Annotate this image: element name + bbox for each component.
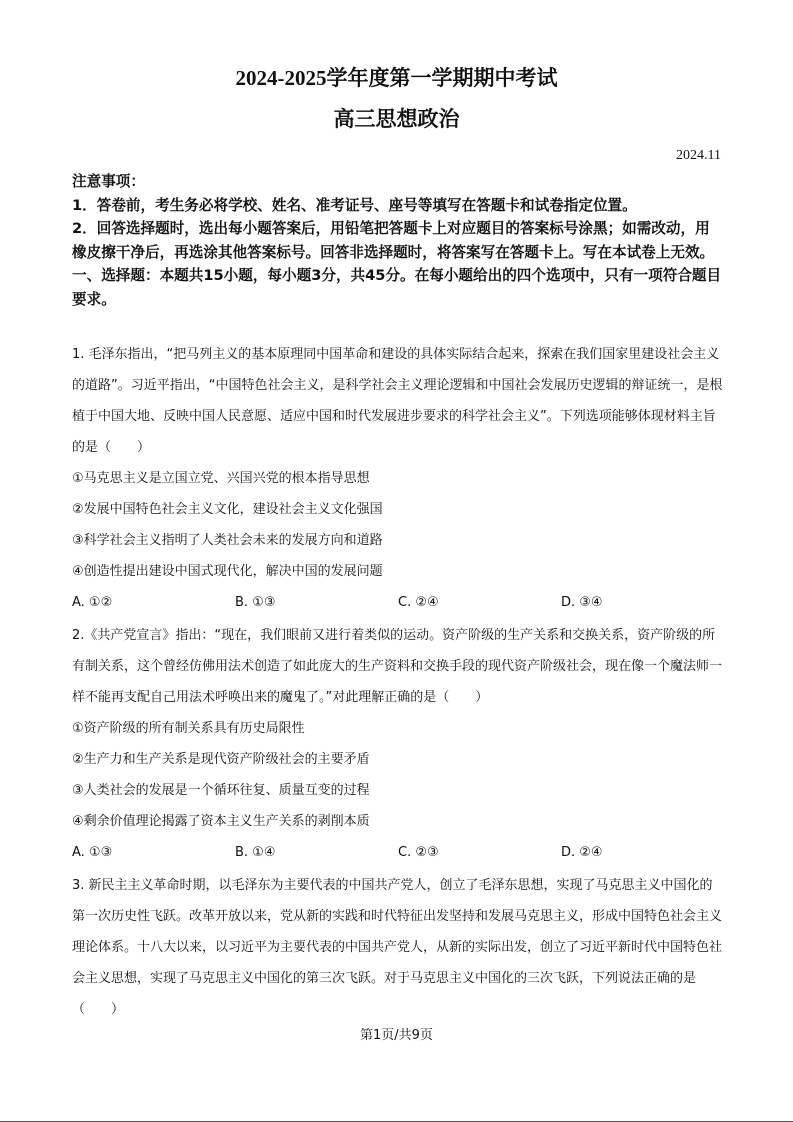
exam-subject: 高三思想政治 bbox=[0, 103, 793, 133]
statement: ②发展中国特色社会主义文化，建设社会主义文化强国 bbox=[72, 494, 724, 525]
statement: ①资产阶级的所有制关系具有历史局限性 bbox=[72, 713, 724, 744]
question-2: 2.《共产党宣言》指出：“现在，我们眼前又进行着类似的运动。资产阶级的生产关系和… bbox=[72, 620, 724, 868]
option-b: B. ①③ bbox=[235, 587, 398, 618]
statement: ④创造性提出建设中国式现代化，解决中国的发展问题 bbox=[72, 556, 724, 587]
statement: ③人类社会的发展是一个循环往复、质量互变的过程 bbox=[72, 775, 724, 806]
option-b: B. ①④ bbox=[235, 837, 398, 868]
exam-title: 2024-2025学年度第一学期期中考试 bbox=[0, 62, 793, 92]
statement: ③科学社会主义指明了人类社会未来的发展方向和道路 bbox=[72, 525, 724, 556]
option-c: C. ②③ bbox=[398, 837, 561, 868]
statement: ②生产力和生产关系是现代资产阶级社会的主要矛盾 bbox=[72, 744, 724, 775]
question-3: 3. 新民主主义革命时期，以毛泽东为主要代表的中国共产党人，创立了毛泽东思想，实… bbox=[72, 870, 724, 1025]
statement: ④剩余价值理论揭露了资本主义生产关系的剥削本质 bbox=[72, 806, 724, 837]
exam-date: 2024.11 bbox=[676, 148, 721, 164]
answer-options: A. ①② B. ①③ C. ②④ D. ③④ bbox=[72, 587, 724, 618]
option-c: C. ②④ bbox=[398, 587, 561, 618]
question-stem: 1. 毛泽东指出，“把马列主义的基本原理同中国革命和建设的具体实际结合起来，探索… bbox=[72, 339, 724, 463]
statement: ①马克思主义是立国立党、兴国兴党的根本指导思想 bbox=[72, 463, 724, 494]
option-d: D. ③④ bbox=[561, 587, 724, 618]
instructions-heading: 注意事项： bbox=[72, 170, 722, 194]
instruction-item: 2．回答选择题时，选出每小题答案后，用铅笔把答题卡上对应题目的答案标号涂黑；如需… bbox=[72, 217, 722, 264]
instruction-item: 1．答卷前，考生务必将学校、姓名、准考证号、座号等填写在答题卡和试卷指定位置。 bbox=[72, 194, 722, 218]
answer-options: A. ①③ B. ①④ C. ②③ D. ②④ bbox=[72, 837, 724, 868]
option-a: A. ①② bbox=[72, 587, 235, 618]
question-stem: 3. 新民主主义革命时期，以毛泽东为主要代表的中国共产党人，创立了毛泽东思想，实… bbox=[72, 870, 724, 1025]
question-stem: 2.《共产党宣言》指出：“现在，我们眼前又进行着类似的运动。资产阶级的生产关系和… bbox=[72, 620, 724, 713]
section-heading: 一、选择题：本题共15小题，每小题3分，共45分。在每小题给出的四个选项中，只有… bbox=[72, 264, 722, 311]
instructions: 注意事项： 1．答卷前，考生务必将学校、姓名、准考证号、座号等填写在答题卡和试卷… bbox=[72, 170, 722, 311]
question-1: 1. 毛泽东指出，“把马列主义的基本原理同中国革命和建设的具体实际结合起来，探索… bbox=[72, 339, 724, 618]
option-a: A. ①③ bbox=[72, 837, 235, 868]
page-number: 第1页/共9页 bbox=[0, 1024, 793, 1043]
option-d: D. ②④ bbox=[561, 837, 724, 868]
